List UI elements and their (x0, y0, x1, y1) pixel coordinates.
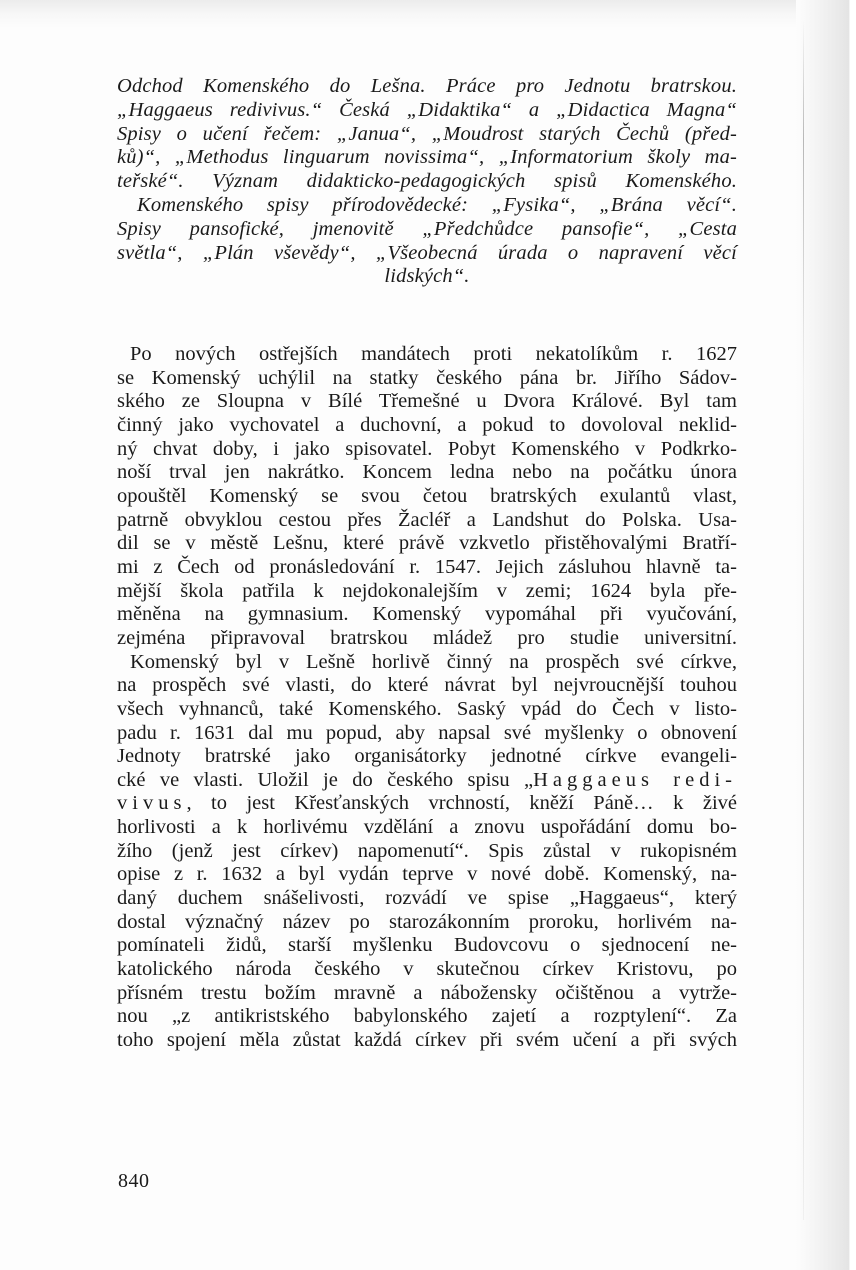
text-line: se Komenský uchýlil na statky českého pá… (117, 367, 737, 391)
summary-line: Odchod Komenského do Lešna. Práce pro Je… (117, 75, 737, 99)
page-number: 840 (118, 1170, 150, 1193)
text-line: ný chvat doby, i jako spisovatel. Pobyt … (117, 438, 737, 462)
spaced-title: vivus (117, 792, 186, 814)
paragraph-2: Komenský byl v Lešně horlivě činný na pr… (117, 651, 737, 1053)
summary-line: lidských“. (117, 265, 737, 289)
summary-line: Spisy pansofické, jmenovitě „Předchůdce … (117, 218, 737, 242)
text-line: vivus, to jest Křesťanských vrchností, k… (117, 792, 737, 816)
spaced-title: Haggaeus redi- (533, 769, 737, 791)
scan-shadow-top (0, 0, 820, 28)
book-spine-shadow (796, 0, 856, 1270)
text-line: nou „z antikristského babylonského zajet… (117, 1005, 737, 1029)
summary-line: světla“, „Plán vševědy“, „Všeobecná úrad… (117, 242, 737, 266)
text-fragment: cké ve vlasti. Uložil je do českého spis… (117, 769, 533, 791)
text-line: daný duchem snášelivosti, rozvádí ve spi… (117, 887, 737, 911)
text-line: dil se v městě Lešnu, které právě vzkvet… (117, 532, 737, 556)
summary-line: teřské“. Význam didakticko-pedagogických… (117, 170, 737, 194)
text-line: ského ze Sloupna v Bílé Třemešné u Dvora… (117, 390, 737, 414)
summary-line: ků)“, „Methodus linguarum novissima“, „I… (117, 146, 737, 170)
text-line: žího (jenž jest církev) napomenutí“. Spi… (117, 840, 737, 864)
text-line: opouštěl Komenský se svou četou bratrský… (117, 485, 737, 509)
text-line: na prospěch své vlasti, do které návrat … (117, 674, 737, 698)
text-line: padu r. 1631 dal mu popud, aby napsal sv… (117, 722, 737, 746)
text-line: Komenský byl v Lešně horlivě činný na pr… (117, 651, 737, 675)
text-line: měněna na gymnasium. Komenský vypomáhal … (117, 603, 737, 627)
text-line: mější škola patřila k nejdokonalejším v … (117, 580, 737, 604)
book-spine-edge (803, 20, 804, 1220)
text-line: katolického národa českého v skutečnou c… (117, 958, 737, 982)
text-line: patrně obvyklou cestou přes Žacléř a Lan… (117, 509, 737, 533)
text-line: zejména připravoval bratrskou mládež pro… (117, 627, 737, 651)
text-line: činný jako vychovatel a duchovní, a poku… (117, 414, 737, 438)
text-line: toho spojení měla zůstat každá církev př… (117, 1029, 737, 1053)
text-line: opise z r. 1632 a byl vydán teprve v nov… (117, 863, 737, 887)
summary-line: Komenského spisy přírodovědecké: „Fysika… (117, 194, 737, 218)
text-line: pomínateli židů, starší myšlenku Budovco… (117, 934, 737, 958)
text-line: mi z Čech od pronásledování r. 1547. Jej… (117, 556, 737, 580)
body-text: Po nových ostřejších mandátech proti nek… (117, 343, 737, 1053)
summary-line: Spisy o učení řečem: „Janua“, „Moudrost … (117, 123, 737, 147)
summary-line: „Haggaeus redivivus.“ Česká „Didaktika“ … (117, 99, 737, 123)
text-line: všech vyhnanců, také Komenského. Saský v… (117, 698, 737, 722)
text-line: noší trval jen nakrátko. Koncem ledna ne… (117, 461, 737, 485)
chapter-summary: Odchod Komenského do Lešna. Práce pro Je… (117, 75, 737, 289)
text-line: horlivosti a k horlivému vzdělání a znov… (117, 816, 737, 840)
text-line: Po nových ostřejších mandátech proti nek… (117, 343, 737, 367)
paragraph-1: Po nových ostřejších mandátech proti nek… (117, 343, 737, 651)
text-line: přísném trestu božím mravně a nábožensky… (117, 982, 737, 1006)
text-fragment: , to jest Křesťanských vrchností, kněží … (186, 792, 737, 814)
text-line: dostal význačný název po starozákonním p… (117, 911, 737, 935)
book-page: Odchod Komenského do Lešna. Práce pro Je… (0, 0, 856, 1270)
text-line: Jednoty bratrské jako organisátorky jedn… (117, 745, 737, 769)
text-line: cké ve vlasti. Uložil je do českého spis… (117, 769, 737, 793)
